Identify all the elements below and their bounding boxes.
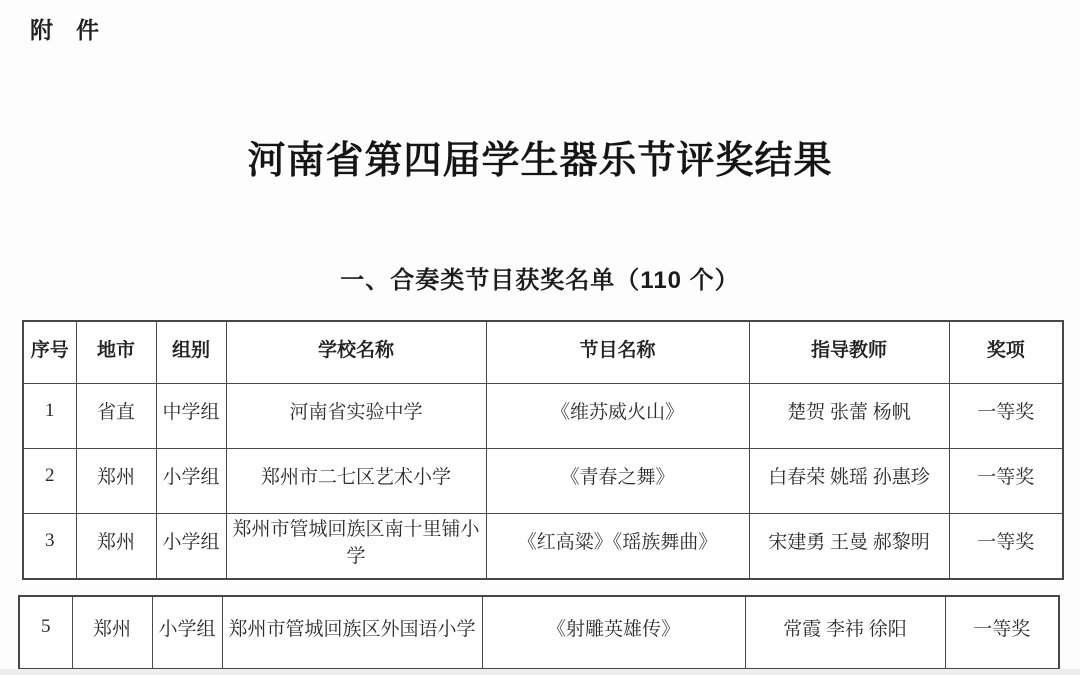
cell-program: 《维苏威火山》 bbox=[486, 383, 749, 448]
cell-teachers: 宋建勇 王曼 郝黎明 bbox=[749, 513, 949, 579]
table-row: 3 郑州 小学组 郑州市管城回族区南十里铺小学 《红高粱》《瑶族舞曲》 宋建勇 … bbox=[23, 513, 1063, 579]
cell-group: 小学组 bbox=[156, 513, 226, 579]
cell-teachers: 常霞 李祎 徐阳 bbox=[745, 596, 945, 669]
page-bottom-edge bbox=[0, 669, 1080, 675]
cell-group: 小学组 bbox=[152, 596, 222, 669]
cell-city: 省直 bbox=[76, 383, 156, 448]
cell-index: 3 bbox=[23, 513, 76, 579]
attachment-label: 附 件 bbox=[30, 16, 1080, 44]
cell-city: 郑州 bbox=[76, 513, 156, 579]
cell-index: 2 bbox=[23, 448, 76, 513]
table-header-row: 序号 地市 组别 学校名称 节目名称 指导教师 奖项 bbox=[23, 321, 1063, 383]
col-header-group: 组别 bbox=[156, 321, 226, 383]
col-header-program: 节目名称 bbox=[486, 321, 749, 383]
table-row: 1 省直 中学组 河南省实验中学 《维苏威火山》 楚贺 张蕾 杨帆 一等奖 bbox=[23, 383, 1063, 448]
cell-program: 《射雕英雄传》 bbox=[482, 596, 745, 669]
col-header-city: 地市 bbox=[76, 321, 156, 383]
awards-table-continued: 5 郑州 小学组 郑州市管城回族区外国语小学 《射雕英雄传》 常霞 李祎 徐阳 … bbox=[18, 595, 1060, 670]
cell-program: 《青春之舞》 bbox=[486, 448, 749, 513]
awards-table: 序号 地市 组别 学校名称 节目名称 指导教师 奖项 1 省直 中学组 河南省实… bbox=[22, 320, 1064, 580]
cell-teachers: 楚贺 张蕾 杨帆 bbox=[749, 383, 949, 448]
col-header-index: 序号 bbox=[23, 321, 76, 383]
cell-award: 一等奖 bbox=[945, 596, 1059, 669]
document-page: 附 件 河南省第四届学生器乐节评奖结果 一、合奏类节目获奖名单（110 个） 序… bbox=[0, 0, 1080, 675]
cell-school: 河南省实验中学 bbox=[226, 383, 486, 448]
cell-group: 小学组 bbox=[156, 448, 226, 513]
cell-teachers: 白春荣 姚瑶 孙惠珍 bbox=[749, 448, 949, 513]
cell-city: 郑州 bbox=[72, 596, 152, 669]
section-heading: 一、合奏类节目获奖名单（110 个） bbox=[0, 266, 1080, 296]
cell-school: 郑州市管城回族区南十里铺小学 bbox=[226, 513, 486, 579]
cell-award: 一等奖 bbox=[949, 383, 1063, 448]
cell-school: 郑州市二七区艺术小学 bbox=[226, 448, 486, 513]
cell-school: 郑州市管城回族区外国语小学 bbox=[222, 596, 482, 669]
cell-program: 《红高粱》《瑶族舞曲》 bbox=[486, 513, 749, 579]
table-row: 2 郑州 小学组 郑州市二七区艺术小学 《青春之舞》 白春荣 姚瑶 孙惠珍 一等… bbox=[23, 448, 1063, 513]
cell-index: 1 bbox=[23, 383, 76, 448]
cell-group: 中学组 bbox=[156, 383, 226, 448]
col-header-teachers: 指导教师 bbox=[749, 321, 949, 383]
cell-award: 一等奖 bbox=[949, 448, 1063, 513]
cell-award: 一等奖 bbox=[949, 513, 1063, 579]
cell-index: 5 bbox=[19, 596, 72, 669]
table-row: 5 郑州 小学组 郑州市管城回族区外国语小学 《射雕英雄传》 常霞 李祎 徐阳 … bbox=[19, 596, 1059, 669]
col-header-award: 奖项 bbox=[949, 321, 1063, 383]
document-title: 河南省第四届学生器乐节评奖结果 bbox=[0, 138, 1080, 184]
cell-city: 郑州 bbox=[76, 448, 156, 513]
col-header-school: 学校名称 bbox=[226, 321, 486, 383]
